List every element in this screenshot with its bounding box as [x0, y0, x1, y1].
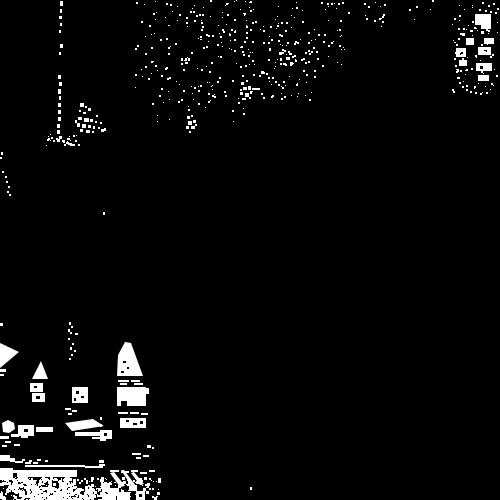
screenshot-root — [0, 0, 500, 500]
binarized-photo-canvas — [0, 0, 500, 500]
